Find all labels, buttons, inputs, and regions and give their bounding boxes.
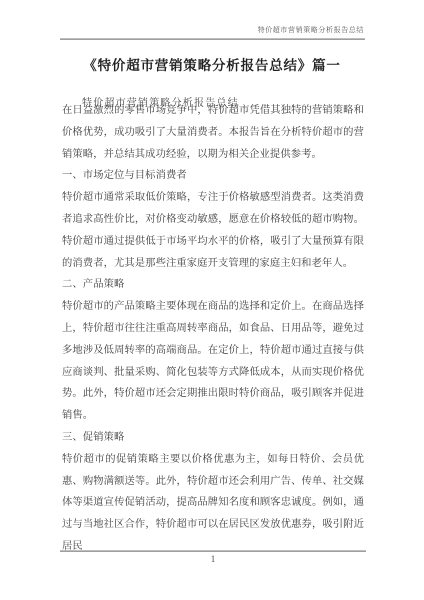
body-paragraph: 在日益激烈的零售市场竞争中，特价超市凭借其独特的营销策略和价格优势，成功吸引了大…: [62, 100, 364, 165]
running-header-text: 特价超市营销策略分析报告总结: [258, 26, 364, 34]
page-footer: 1: [60, 550, 366, 564]
section-heading: 一、市场定位与目标消费者: [62, 165, 364, 187]
document-page: 特价超市营销策略分析报告总结 《特价超市营销策略分析报告总结》篇一 特价超市营销…: [0, 0, 424, 600]
document-body: 在日益激烈的零售市场竞争中，特价超市凭借其独特的营销策略和价格优势，成功吸引了大…: [62, 100, 364, 558]
header-rule: [60, 38, 365, 40]
section-heading: 三、促销策略: [62, 427, 364, 449]
running-header: 特价超市营销策略分析报告总结: [60, 25, 364, 35]
body-paragraph: 特价超市通常采取低价策略，专注于价格敏感型消费者。这类消费者追求高性价比，对价格…: [62, 187, 364, 274]
page-number: 1: [60, 554, 366, 564]
body-paragraph: 特价超市的产品策略主要体现在商品的选择和定价上。在商品选择上，特价超市往往注重高…: [62, 296, 364, 427]
section-heading: 二、产品策略: [62, 274, 364, 296]
body-paragraph: 特价超市的促销策略主要以价格优惠为主，如每日特价、会员优惠、购物满额送等。此外，…: [62, 449, 364, 558]
document-title: 《特价超市营销策略分析报告总结》篇一: [60, 54, 364, 74]
footer-rule: [60, 550, 366, 552]
